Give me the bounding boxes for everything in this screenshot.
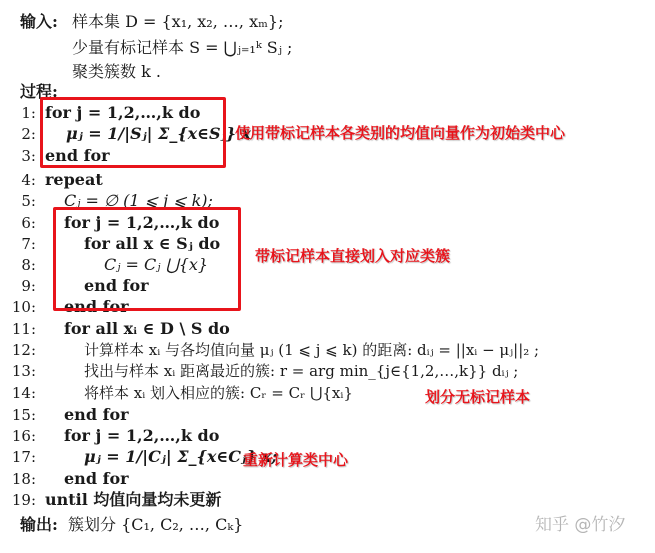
step-number: 3: xyxy=(0,146,36,166)
step-text: for all xᵢ ∈ D \ S do xyxy=(64,319,230,339)
input-line-2: 少量有标记样本 S = ⋃ⱼ₌₁ᵏ Sⱼ ; xyxy=(72,38,292,58)
step-number: 11: xyxy=(0,319,36,339)
highlight-box-labeled xyxy=(53,207,241,311)
annotation-assign-unlabeled: 划分无标记样本 xyxy=(425,386,530,407)
step-number: 15: xyxy=(0,405,36,425)
watermark: 知乎 @竹汐 xyxy=(535,510,625,535)
input-line-1: 样本集 D = {x₁, x₂, …, xₘ}; xyxy=(72,12,283,32)
step-text: until 均值向量均未更新 xyxy=(45,490,221,510)
step-text: repeat xyxy=(45,170,103,190)
step-text: end for xyxy=(64,405,129,425)
step-number: 5: xyxy=(0,191,36,211)
step-number: 19: xyxy=(0,490,36,510)
annotation-recompute: 重新计算类中心 xyxy=(243,449,348,470)
step-text: for j = 1,2,…,k do xyxy=(64,426,219,446)
input-label: 输入: xyxy=(20,12,58,32)
output-text: 簇划分 {C₁, C₂, …, Cₖ} xyxy=(68,515,243,535)
step-text: 将样本 xᵢ 划入相应的簇: Cᵣ = Cᵣ ⋃{xᵢ} xyxy=(84,383,353,403)
annotation-assign-labeled: 带标记样本直接划入对应类簇 xyxy=(255,245,450,266)
input-line-3: 聚类簇数 k . xyxy=(72,62,161,82)
step-number: 8: xyxy=(0,255,36,275)
step-number: 2: xyxy=(0,124,36,144)
step-number: 16: xyxy=(0,426,36,446)
step-number: 14: xyxy=(0,383,36,403)
step-text: 找出与样本 xᵢ 距离最近的簇: r = arg min_{j∈{1,2,…,k… xyxy=(84,361,518,381)
step-number: 17: xyxy=(0,447,36,467)
highlight-box-init xyxy=(40,97,226,168)
step-number: 10: xyxy=(0,297,36,317)
step-number: 13: xyxy=(0,361,36,381)
step-text: 计算样本 xᵢ 与各均值向量 μⱼ (1 ⩽ j ⩽ k) 的距离: dᵢⱼ =… xyxy=(84,340,539,360)
output-label: 输出: xyxy=(20,515,58,535)
step-number: 4: xyxy=(0,170,36,190)
step-number: 7: xyxy=(0,234,36,254)
step-number: 18: xyxy=(0,469,36,489)
step-number: 6: xyxy=(0,213,36,233)
step-number: 9: xyxy=(0,276,36,296)
step-text: end for xyxy=(64,469,129,489)
step-number: 1: xyxy=(0,103,36,123)
annotation-init-centers: 使用带标记样本各类别的均值向量作为初始类中心 xyxy=(235,122,565,143)
step-number: 12: xyxy=(0,340,36,360)
